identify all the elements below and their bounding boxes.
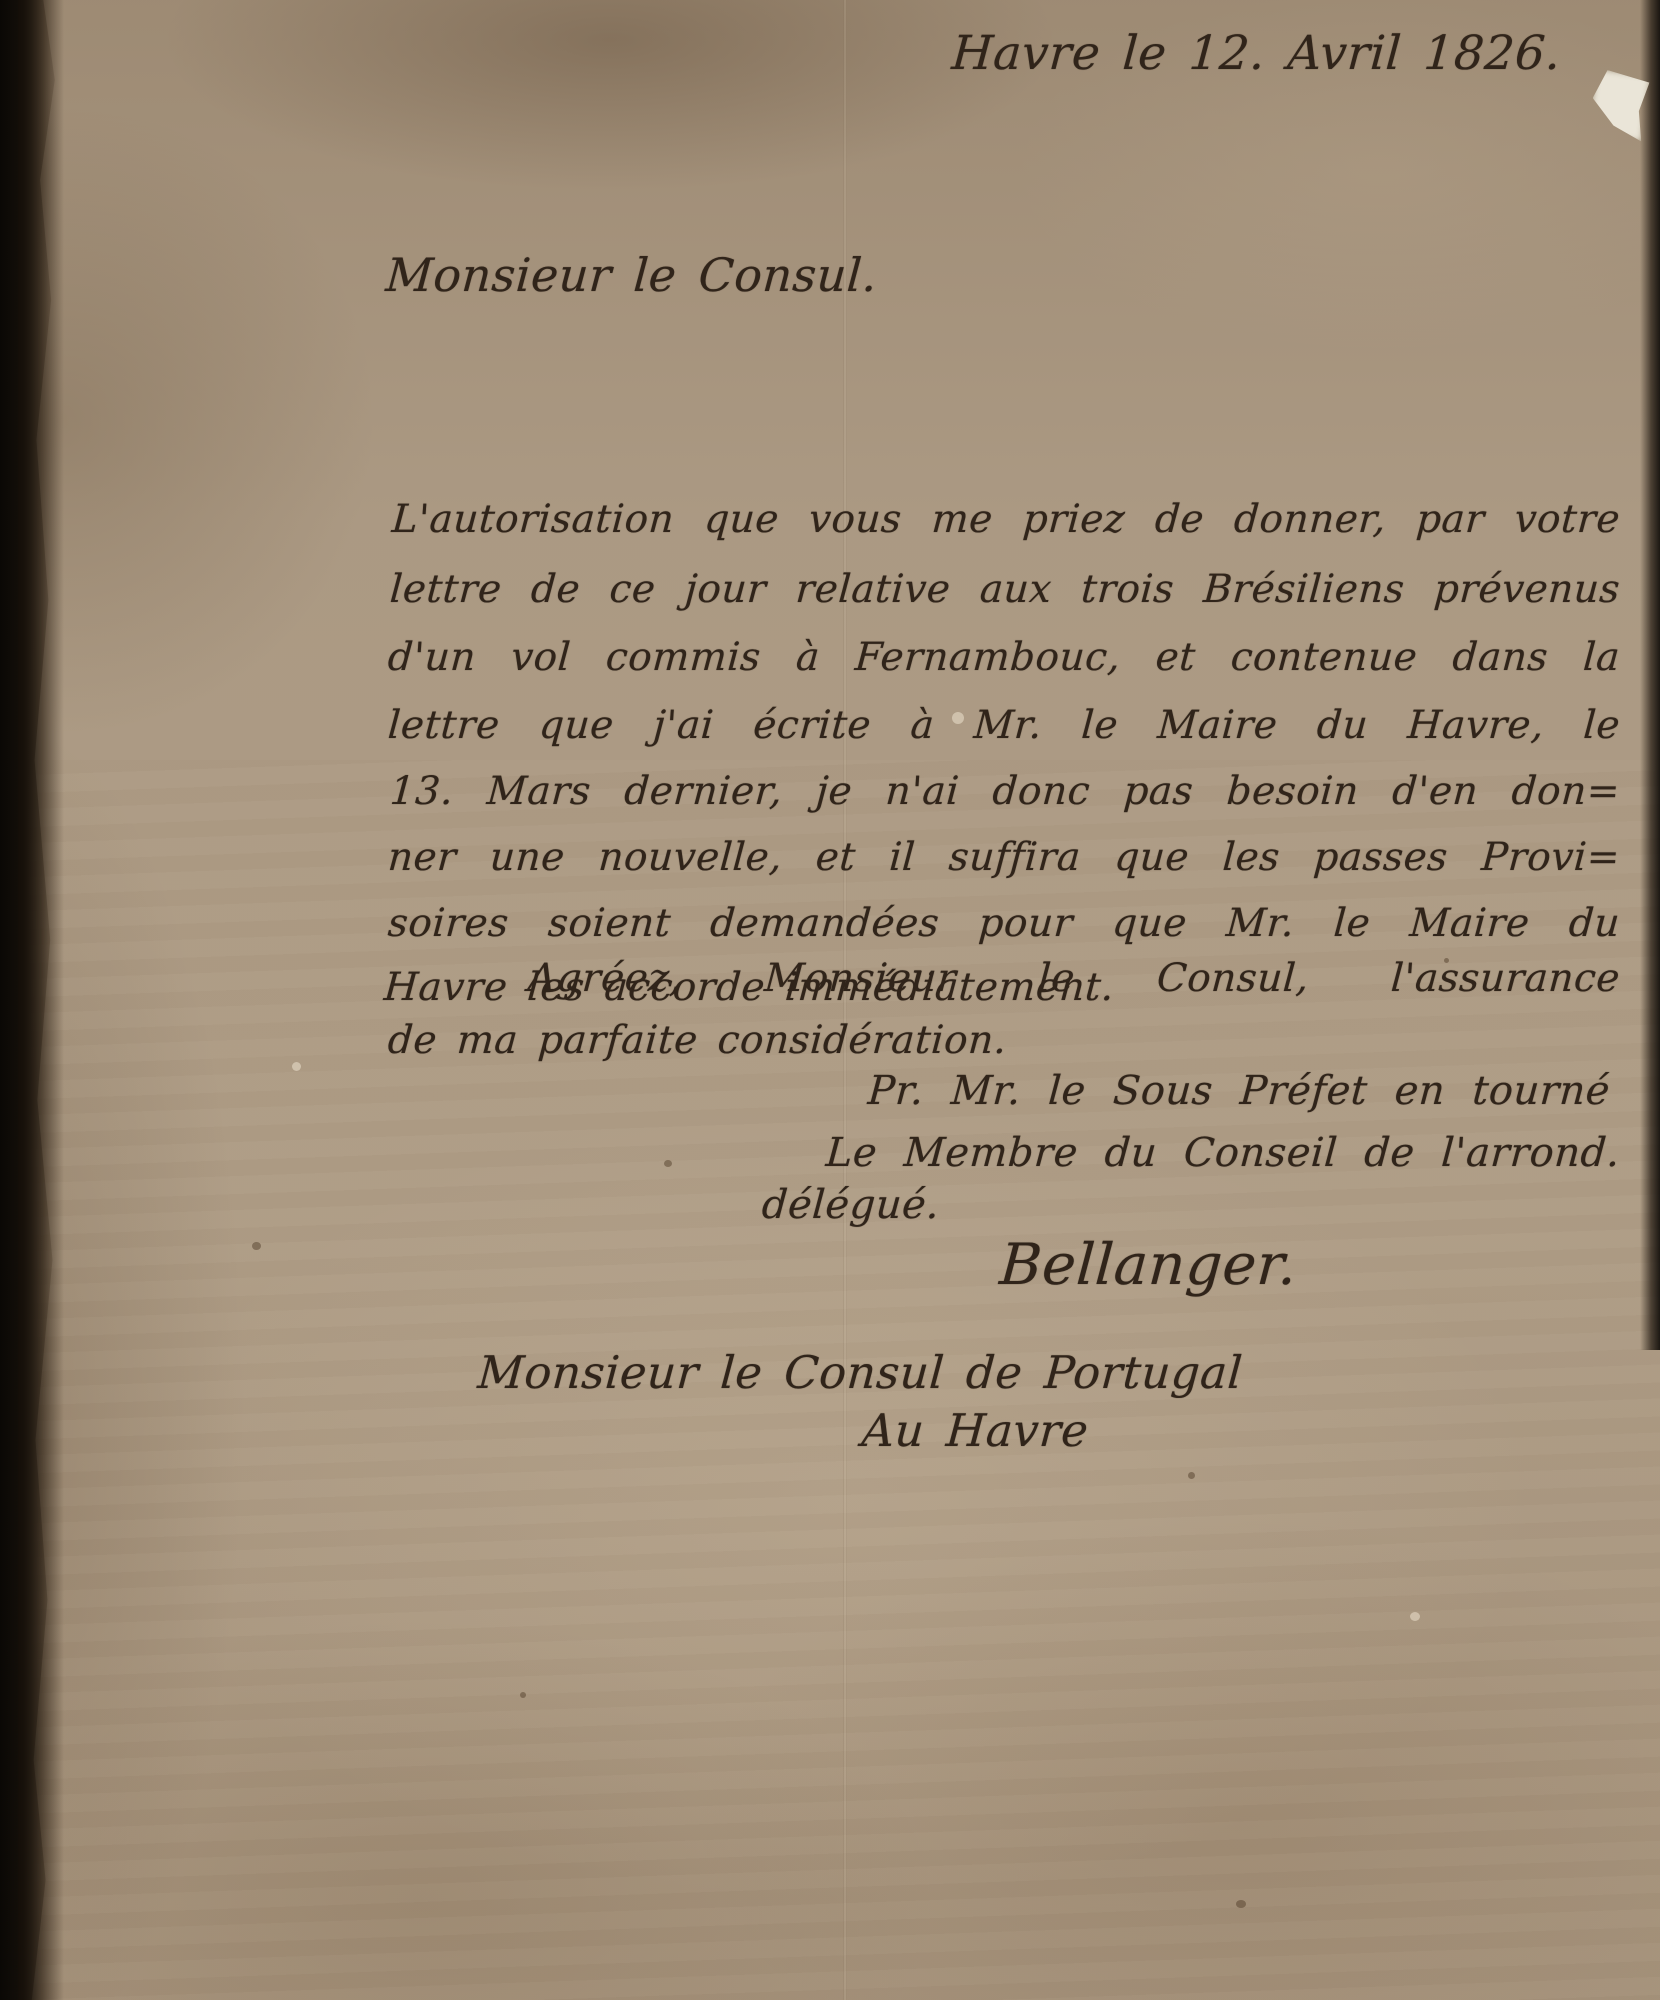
valediction-line: de ma parfaite considération. bbox=[386, 1018, 1008, 1063]
stain bbox=[252, 1242, 261, 1250]
body-line: L'autorisation que vous me priez de donn… bbox=[390, 492, 1622, 548]
stain bbox=[1236, 1900, 1246, 1908]
body-line: ner une nouvelle, et il suffira que les … bbox=[386, 830, 1622, 886]
closing-line: Pr. Mr. le Sous Préfet en tourné bbox=[866, 1068, 1611, 1114]
dateline: Havre le 12. Avril 1826. bbox=[950, 26, 1563, 81]
body-line: 13. Mars dernier, je n'ai donc pas besoi… bbox=[388, 764, 1622, 820]
body-line: d'un vol commis à Fernambouc, et contenu… bbox=[386, 630, 1622, 686]
stain bbox=[664, 1160, 672, 1167]
closing-line: Le Membre du Conseil de l'arrond. bbox=[824, 1130, 1621, 1176]
manuscript-page: Havre le 12. Avril 1826. Monsieur le Con… bbox=[0, 0, 1660, 2000]
stain bbox=[1188, 1472, 1195, 1479]
body-line: soires soient demandées pour que Mr. le … bbox=[386, 896, 1622, 952]
page-right-edge bbox=[1640, 0, 1660, 1350]
valediction-line: Agréez, Monsieur le Consul, l'assurance bbox=[526, 956, 1621, 1001]
body-line: lettre que j'ai écrite à Mr. le Maire du… bbox=[386, 698, 1622, 754]
address-line: Au Havre bbox=[860, 1404, 1090, 1457]
address-line: Monsieur le Consul de Portugal bbox=[476, 1346, 1244, 1399]
salutation: Monsieur le Consul. bbox=[384, 248, 879, 302]
closing-line: délégué. bbox=[760, 1182, 941, 1228]
stain bbox=[520, 1692, 526, 1698]
body-line: lettre de ce jour relative aux trois Bré… bbox=[388, 562, 1622, 618]
paper-speck bbox=[1410, 1612, 1420, 1621]
paper-speck bbox=[292, 1062, 301, 1071]
signature: Bellanger. bbox=[998, 1232, 1300, 1298]
